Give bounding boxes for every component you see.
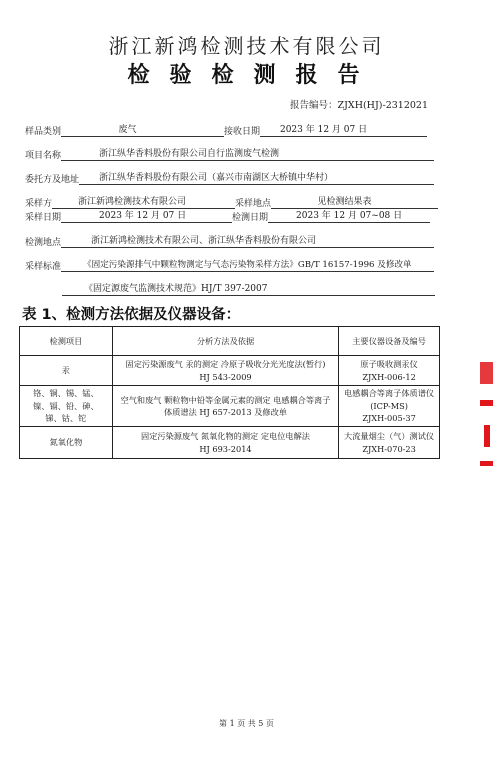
client-value: 浙江纵华香料股份有限公司（嘉兴市南湖区大桥镇中华村） xyxy=(79,172,434,185)
project-name-label: 项目名称 xyxy=(25,148,61,161)
report-title: 检验检测报告 xyxy=(0,58,493,89)
methods-table: 检测项目 分析方法及依据 主要仪器设备及编号 汞 固定污染源废气 汞的测定 冷原… xyxy=(19,326,440,459)
form-row-sampling-date: 采样日期 2023 年 12 月 07 日 检测日期 2023 年 12 月 0… xyxy=(25,207,430,223)
method-line: 体质谱法 HJ 657-2013 及修改单 xyxy=(115,406,336,419)
form-row-client: 委托方及地址 浙江纵华香料股份有限公司（嘉兴市南湖区大桥镇中华村） xyxy=(25,169,434,185)
table-row: 汞 固定污染源废气 汞的测定 冷原子吸收分光光度法(暂行)HJ 543-2009… xyxy=(20,356,440,386)
equipment-line: 电感耦合等离子体质谱仪 xyxy=(341,387,437,400)
sampling-standard-label: 采样标准 xyxy=(25,259,61,272)
form-row-sampling-standard: 采样标准 《固定污染源排气中颗粒物测定与气态污染物采样方法》GB/T 16157… xyxy=(25,256,434,272)
table-header-row: 检测项目 分析方法及依据 主要仪器设备及编号 xyxy=(20,327,440,356)
receive-date-label: 接收日期 xyxy=(224,124,260,137)
method-line: HJ 543-2009 xyxy=(115,371,336,384)
equipment-line: 原子吸收测汞仪 xyxy=(341,358,437,371)
sampling-standard-value-1: 《固定污染源排气中颗粒物测定与气态污染物采样方法》GB/T 16157-1996… xyxy=(61,259,434,272)
header-equipment: 主要仪器设备及编号 xyxy=(339,327,440,356)
test-date-label: 检测日期 xyxy=(232,210,268,223)
report-number-label: 报告编号： xyxy=(290,100,338,111)
cell-method: 固定污染源废气 汞的测定 冷原子吸收分光光度法(暂行)HJ 543-2009 xyxy=(112,356,338,386)
report-number: 报告编号：ZJXH(HJ)-2312021 xyxy=(290,97,428,111)
equipment-line: (ICP-MS) xyxy=(341,400,437,413)
client-label: 委托方及地址 xyxy=(25,172,79,185)
stamp-fragment xyxy=(480,400,493,406)
equipment-line: ZJXH-006-12 xyxy=(341,371,437,384)
form-row-sample-type: 样品类别 废气 接收日期 2023 年 12 月 07 日 xyxy=(25,121,427,137)
sampling-date-value: 2023 年 12 月 07 日 xyxy=(61,210,232,223)
cell-equipment: 大流量烟尘（气）测试仪ZJXH-070-23 xyxy=(339,427,440,459)
form-row-test-location: 检测地点 浙江新鸿检测技术有限公司、浙江纵华香料股份有限公司 xyxy=(25,232,434,248)
table-title: 表 1、检测方法依据及仪器设备： xyxy=(22,303,240,324)
header-test-item: 检测项目 xyxy=(20,327,113,356)
sampling-date-label: 采样日期 xyxy=(25,210,61,223)
report-number-value: ZJXH(HJ)-2312021 xyxy=(338,100,428,111)
header-method: 分析方法及依据 xyxy=(112,327,338,356)
receive-date-value: 2023 年 12 月 07 日 xyxy=(260,124,427,137)
equipment-line: ZJXH-005-37 xyxy=(341,412,437,425)
stamp-fragment xyxy=(484,425,490,447)
test-date-value: 2023 年 12 月 07~08 日 xyxy=(268,210,430,223)
company-name: 浙江新鸿检测技术有限公司 xyxy=(0,30,493,59)
table-row: 氮氧化物 固定污染源废气 氮氧化物的测定 定电位电解法HJ 693-2014 大… xyxy=(20,427,440,459)
cell-item: 汞 xyxy=(20,356,113,386)
page-number: 第 1 页 共 5 页 xyxy=(0,718,493,729)
method-line: 固定污染源废气 氮氧化物的测定 定电位电解法 xyxy=(115,430,336,443)
method-line: HJ 693-2014 xyxy=(115,443,336,456)
cell-equipment: 电感耦合等离子体质谱仪(ICP-MS)ZJXH-005-37 xyxy=(339,386,440,427)
method-line: 空气和废气 颗粒物中铅等金属元素的测定 电感耦合等离子 xyxy=(115,394,336,407)
cell-item: 铬、铜、锡、锰、镍、镉、铅、砷、锑、钴、铊 xyxy=(20,386,113,427)
stamp-fragment xyxy=(480,461,493,466)
form-row-sampling-standard-cont: 《固定源废气监测技术规范》HJ/T 397-2007 xyxy=(62,280,435,296)
cell-method: 固定污染源废气 氮氧化物的测定 定电位电解法HJ 693-2014 xyxy=(112,427,338,459)
stamp-fragment xyxy=(480,362,493,384)
method-line: 固定污染源废气 汞的测定 冷原子吸收分光光度法(暂行) xyxy=(115,358,336,371)
table-row: 铬、铜、锡、锰、镍、镉、铅、砷、锑、钴、铊 空气和废气 颗粒物中铅等金属元素的测… xyxy=(20,386,440,427)
equipment-line: 大流量烟尘（气）测试仪 xyxy=(341,430,437,443)
test-location-value: 浙江新鸿检测技术有限公司、浙江纵华香料股份有限公司 xyxy=(61,235,434,248)
sample-type-value: 废气 xyxy=(61,124,224,137)
cell-item: 氮氧化物 xyxy=(20,427,113,459)
cell-equipment: 原子吸收测汞仪ZJXH-006-12 xyxy=(339,356,440,386)
equipment-line: ZJXH-070-23 xyxy=(341,443,437,456)
form-row-project-name: 项目名称 浙江纵华香料股份有限公司自行监测废气检测 xyxy=(25,145,434,161)
project-name-value: 浙江纵华香料股份有限公司自行监测废气检测 xyxy=(61,148,434,161)
test-location-label: 检测地点 xyxy=(25,235,61,248)
sampling-standard-value-2: 《固定源废气监测技术规范》HJ/T 397-2007 xyxy=(62,283,435,296)
cell-method: 空气和废气 颗粒物中铅等金属元素的测定 电感耦合等离子体质谱法 HJ 657-2… xyxy=(112,386,338,427)
sample-type-label: 样品类别 xyxy=(25,124,61,137)
